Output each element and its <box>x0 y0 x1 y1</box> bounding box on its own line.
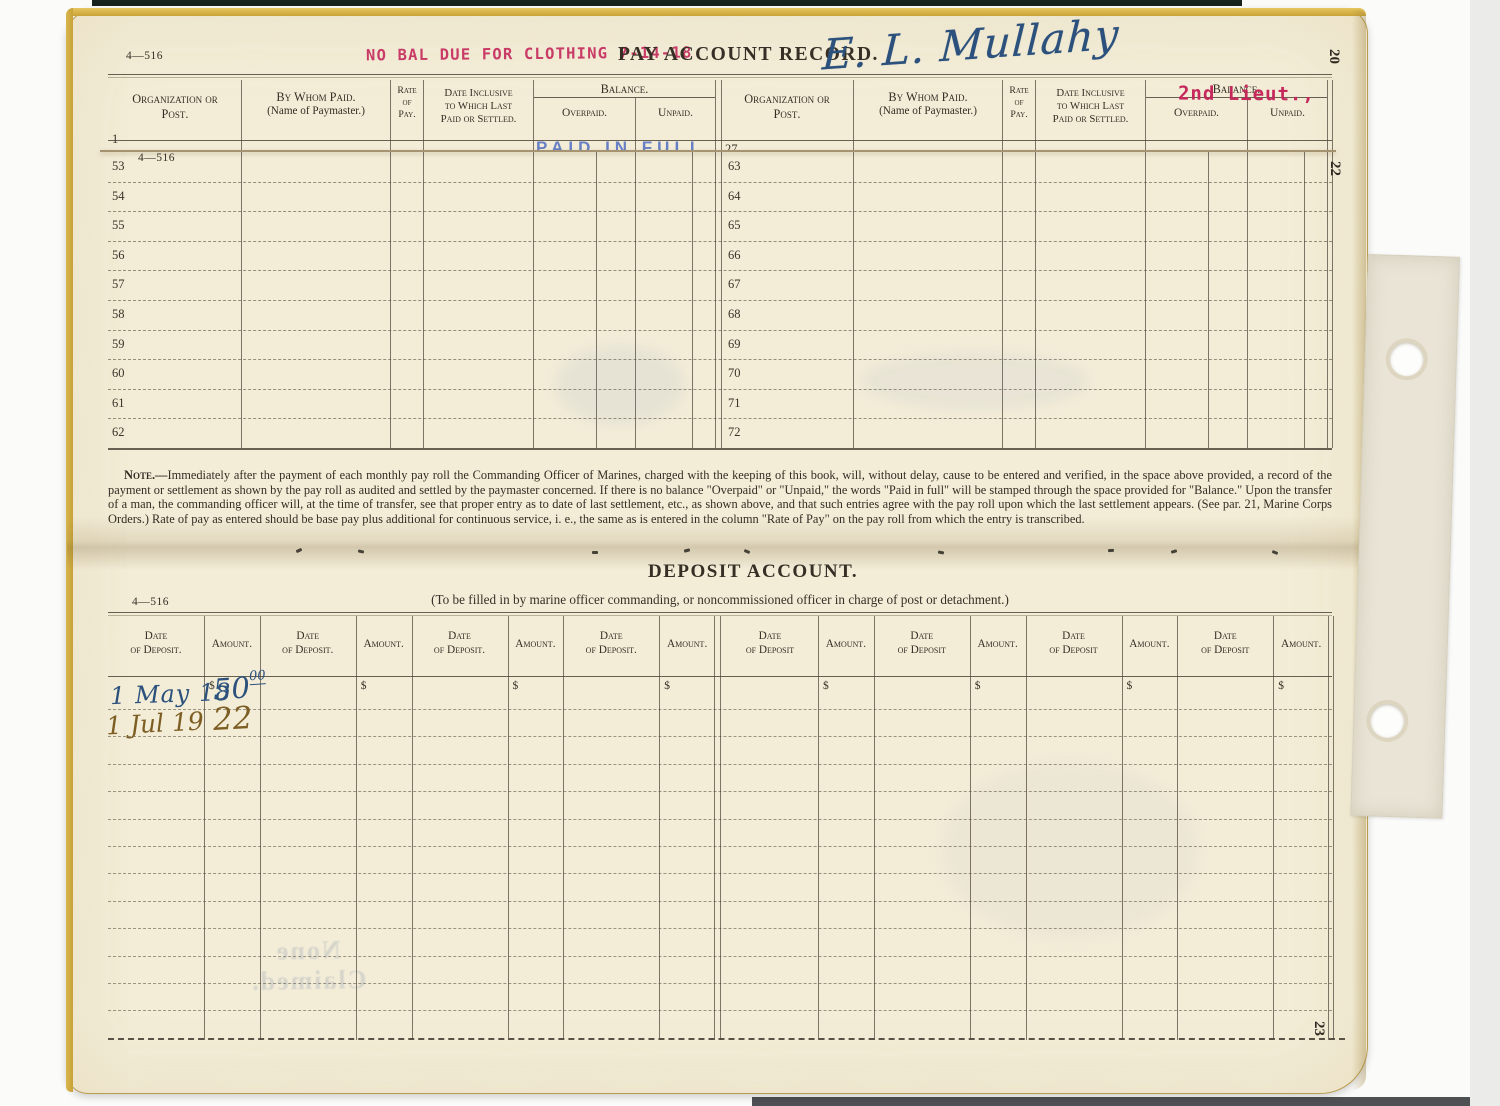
date-header-line: of Deposit <box>722 644 818 658</box>
date-of-deposit-header: Dateof Deposit. <box>260 630 356 658</box>
date-of-deposit-header: Dateof Deposit <box>1177 630 1273 658</box>
stitch-mark <box>592 551 598 554</box>
column-line <box>412 616 413 1040</box>
divider-line <box>715 152 716 448</box>
row-number-left: 57 <box>112 277 125 292</box>
deposit-row <box>108 1010 1345 1039</box>
divider-line <box>721 152 722 448</box>
punch-hole <box>1370 703 1405 738</box>
row-number-right: 69 <box>728 337 741 352</box>
page-number-23: 23 <box>1310 1021 1327 1036</box>
row-number-left: 60 <box>112 366 125 381</box>
row-number-right: 71 <box>728 396 741 411</box>
date-of-deposit-header: Dateof Deposit <box>1026 630 1122 658</box>
bleedthrough-text: None Claimed. <box>222 935 393 998</box>
row-number-left: 59 <box>112 337 125 352</box>
date-header-line: of Deposit <box>1026 644 1122 658</box>
column-line <box>853 152 854 448</box>
row-number-left: 54 <box>112 189 125 204</box>
date-of-deposit-header: Dateof Deposit. <box>108 630 204 658</box>
row-number-right: 63 <box>728 159 741 174</box>
date-header-line: of Deposit <box>1177 644 1273 658</box>
note-text: Immediately after the payment of each mo… <box>108 468 1332 525</box>
date-header-line: of Deposit <box>874 644 970 658</box>
column-line <box>1145 152 1146 448</box>
column-line <box>241 152 242 448</box>
row-number-left: 53 <box>112 159 125 174</box>
row-number-right: 72 <box>728 425 741 440</box>
scanned-paybook-page: 4—516 NO BAL DUE FOR CLOTHING 7-14-18 PA… <box>0 0 1500 1106</box>
date-of-deposit-header: Dateof Deposit <box>874 630 970 658</box>
deposit-entry-amount: 22 <box>212 700 253 738</box>
date-header-line: of Deposit. <box>260 644 356 658</box>
date-header-line: Date <box>874 630 970 644</box>
column-line <box>1247 152 1248 448</box>
amount-header: Amount. <box>1273 638 1329 652</box>
column-line <box>390 152 391 448</box>
amount-header: Amount. <box>356 638 412 652</box>
note-paragraph: Note.—Immediately after the payment of e… <box>108 468 1332 526</box>
deposit-title: DEPOSIT ACCOUNT. <box>648 561 858 583</box>
deposit-entry-date: 1 Jul 19 <box>105 706 204 740</box>
row-number-right: 66 <box>728 248 741 263</box>
date-header-line: of Deposit. <box>108 644 204 658</box>
divider-line <box>714 616 715 1040</box>
amount-header: Amount. <box>970 638 1026 652</box>
row-number-left: 61 <box>112 396 125 411</box>
pay-row: 5868 <box>108 300 1332 331</box>
column-line <box>970 616 971 1040</box>
row-number-right: 67 <box>728 277 741 292</box>
date-of-deposit-header: Dateof Deposit. <box>412 630 508 658</box>
amount-header: Amount. <box>204 638 260 652</box>
date-header-line: Date <box>1177 630 1273 644</box>
row-number: 27 <box>725 142 738 150</box>
column-line <box>692 152 693 448</box>
scan-edge-bottom <box>752 1097 1500 1106</box>
pay-row: 6171 <box>108 389 1332 420</box>
column-line <box>1208 152 1209 448</box>
column-line <box>1273 616 1274 1040</box>
date-of-deposit-header: Dateof Deposit. <box>563 630 659 658</box>
pay-row: 5363 <box>108 152 1332 183</box>
column-line <box>533 152 534 448</box>
divider-line <box>1333 616 1334 1040</box>
divider-line <box>720 616 721 1040</box>
date-header-line: Date <box>108 630 204 644</box>
row-number-right: 65 <box>728 218 741 233</box>
column-line <box>563 616 564 1040</box>
row-number-left: 58 <box>112 307 125 322</box>
pay-row: 5565 <box>108 211 1332 242</box>
note-label: Note.— <box>124 468 167 482</box>
bleedthrough-smudge <box>555 345 685 425</box>
row-number-left: 56 <box>112 248 125 263</box>
pay-row: 6070 <box>108 359 1332 390</box>
amount-header: Amount. <box>659 638 715 652</box>
row-number-left: 62 <box>112 425 125 440</box>
balance-header: Balance. <box>534 82 715 97</box>
divider-line <box>1328 616 1329 1040</box>
scan-edge-right <box>1470 0 1500 1106</box>
column-line <box>1122 616 1123 1040</box>
divider-line <box>1327 152 1328 448</box>
column-line <box>423 152 424 448</box>
row-number-left: 55 <box>112 218 125 233</box>
pay-row: 5767 <box>108 270 1332 301</box>
date-header-line: Date <box>563 630 659 644</box>
date-of-deposit-header: Dateof Deposit <box>722 630 818 658</box>
column-line <box>818 616 819 1040</box>
stitch-mark <box>1108 549 1114 552</box>
date-header-line: Date <box>722 630 818 644</box>
divider-line <box>1332 152 1333 448</box>
amount-header: Amount. <box>818 638 874 652</box>
bleedthrough-smudge <box>860 352 1090 410</box>
column-line <box>1304 152 1305 448</box>
column-line <box>659 616 660 1040</box>
page-number-22: 22 <box>1326 161 1343 176</box>
amount-header: Amount. <box>1122 638 1178 652</box>
pay-row: 6272 <box>108 418 1332 450</box>
column-line <box>1026 616 1027 1040</box>
pay-row: 5464 <box>108 182 1332 213</box>
rank-stamp: 2nd Lieut., <box>1178 83 1315 106</box>
scan-edge-top <box>92 0 1242 6</box>
amount-cents: 00 <box>249 668 267 685</box>
row-number-right: 64 <box>728 189 741 204</box>
row-number: 1 <box>112 132 118 147</box>
pay-row: 5969 <box>108 330 1332 361</box>
amount-header: Amount. <box>508 638 564 652</box>
sliver-page-clip: 1 PAID IN FULL 27 <box>66 8 1366 150</box>
row-number-right: 68 <box>728 307 741 322</box>
column-line <box>1177 616 1178 1040</box>
punch-hole <box>1389 342 1424 377</box>
rule <box>108 612 1332 613</box>
pay-row: 5666 <box>108 241 1332 272</box>
date-header-line: Date <box>260 630 356 644</box>
deposit-subtitle: (To be filled in by marine officer comma… <box>108 592 1332 608</box>
date-header-line: of Deposit. <box>563 644 659 658</box>
column-line <box>508 616 509 1040</box>
binding-strap <box>1350 254 1460 819</box>
paid-in-full-stamp: PAID IN FULL <box>536 138 705 150</box>
form-number-deposit: 4—516 <box>132 596 169 608</box>
date-header-line: of Deposit. <box>412 644 508 658</box>
date-header-line: Date <box>1026 630 1122 644</box>
page-number-20: 20 <box>1325 49 1342 64</box>
row-number-right: 70 <box>728 366 741 381</box>
column-line <box>874 616 875 1040</box>
date-header-line: Date <box>412 630 508 644</box>
